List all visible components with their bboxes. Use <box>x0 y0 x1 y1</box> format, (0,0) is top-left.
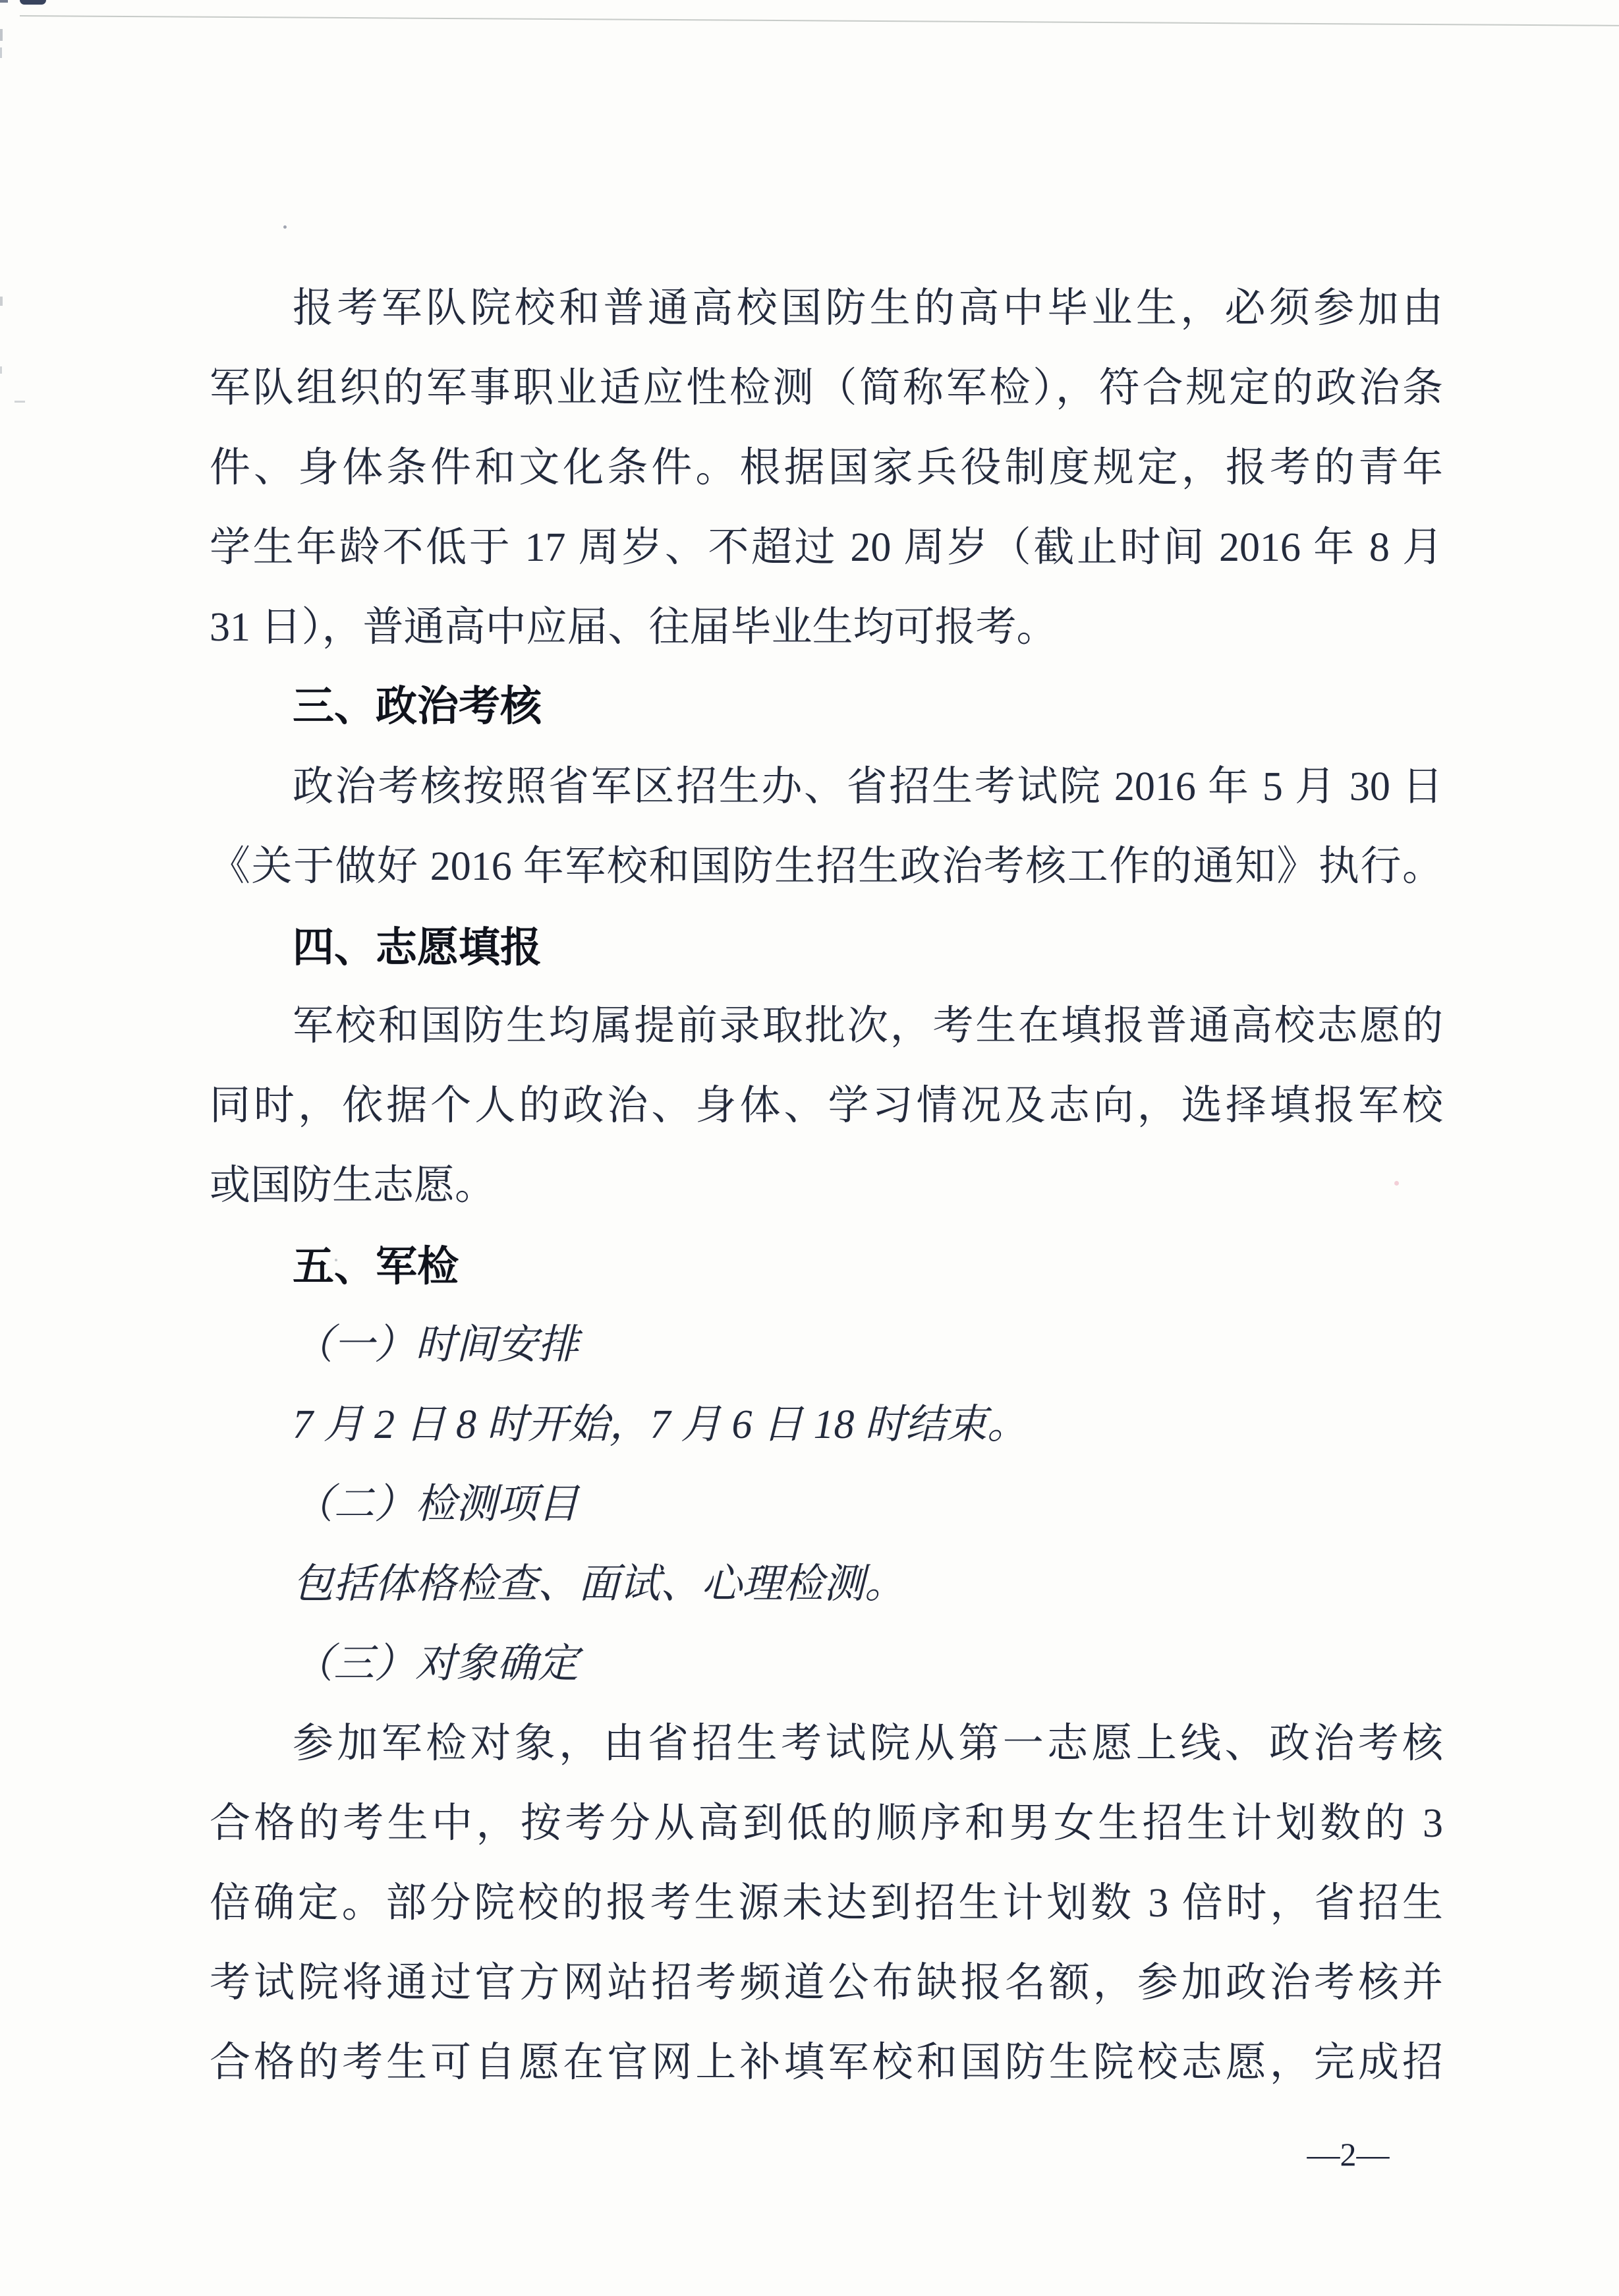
subsection-heading-1: （一）时间安排 <box>210 1321 1443 1390</box>
text-line: 考试院将通过官方网站招考频道公布缺报名额，参加政治考核并 <box>210 1959 1443 2028</box>
scan-artifact-edge-tick <box>0 297 3 306</box>
text-line: 军校和国防生均属提前录取批次，考生在填报普通高校志愿的 <box>210 1002 1443 1071</box>
text-line: 参加军检对象，由省招生考试院从第一志愿上线、政治考核 <box>210 1720 1443 1789</box>
text-line: 学生年龄不低于 17 周岁、不超过 20 周岁（截止时间 2016 年 8 月 <box>210 524 1443 592</box>
text-line: 件、身体条件和文化条件。根据国家兵役制度规定，报考的青年 <box>210 444 1443 513</box>
text-line: 同时，依据个人的政治、身体、学习情况及志向，选择填报军校 <box>210 1082 1443 1151</box>
scan-artifact-corner-sliver <box>0 0 8 3</box>
section-heading-3: 三、政治考核 <box>210 682 1443 751</box>
page-number: —2— <box>1290 2135 1406 2173</box>
scan-artifact-edge-tick <box>0 366 2 374</box>
text-line: 倍确定。部分院校的报考生源未达到招生计划数 3 倍时，省招生 <box>210 1880 1443 1948</box>
subsection-heading-2: （二）检测项目 <box>210 1481 1443 1549</box>
scan-artifact-small-dash <box>14 401 25 403</box>
text-line: 合格的考生可自愿在官网上补填军校和国防生院校志愿，完成招 <box>210 2039 1443 2108</box>
scan-artifact-top-edge-line <box>20 15 1619 26</box>
text-line: 31 日），普通高中应届、往届毕业生均可报考。 <box>210 604 1443 672</box>
text-line: 《关于做好 2016 年军校和国防生招生政治考核工作的通知》执行。 <box>210 843 1443 911</box>
scan-artifact-edge-tick <box>0 47 2 58</box>
text-line: 7 月 2 日 8 时开始，7 月 6 日 18 时结束。 <box>210 1401 1443 1470</box>
scan-artifact-corner-blob <box>20 0 46 5</box>
scanned-document-page: 报考军队院校和普通高校国防生的高中毕业生，必须参加由 军队组织的军事职业适应性检… <box>0 0 1619 2296</box>
text-line: 合格的考生中，按考分从高到低的顺序和男女生招生计划数的 3 <box>210 1800 1443 1868</box>
scan-artifact-speck <box>283 225 287 229</box>
text-line: 军队组织的军事职业适应性检测（简称军检），符合规定的政治条 <box>210 364 1443 433</box>
section-heading-4: 四、志愿填报 <box>210 923 1443 992</box>
text-line: 政治考核按照省军区招生办、省招生考试院 2016 年 5 月 30 日 <box>210 763 1443 832</box>
section-heading-5: 五、军检 <box>210 1242 1443 1311</box>
text-line: 或国防生志愿。 <box>210 1162 1443 1230</box>
scan-artifact-edge-tick <box>0 29 3 41</box>
text-line: 包括体格检查、面试、心理检测。 <box>210 1561 1443 1629</box>
text-line: 报考军队院校和普通高校国防生的高中毕业生，必须参加由 <box>210 285 1443 353</box>
subsection-heading-3: （三）对象确定 <box>210 1640 1443 1709</box>
